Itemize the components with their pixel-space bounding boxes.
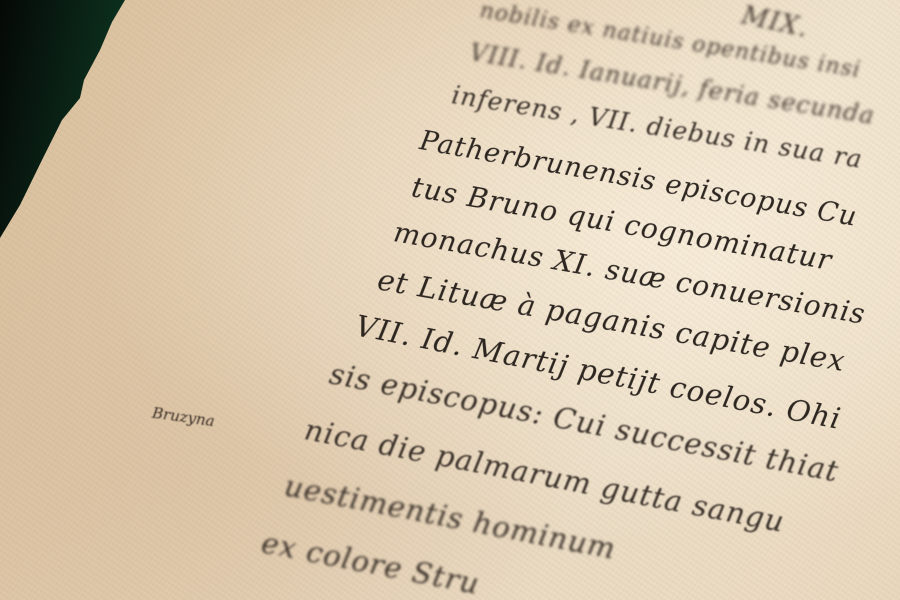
- folio-number: MIX.: [739, 0, 811, 43]
- manuscript-line: ex colore Stru: [259, 525, 483, 600]
- manuscript-photo: nobilis ex natiuis opentibus insi MIX. V…: [0, 0, 900, 600]
- manuscript-text: nobilis ex natiuis opentibus insi MIX. V…: [0, 0, 900, 600]
